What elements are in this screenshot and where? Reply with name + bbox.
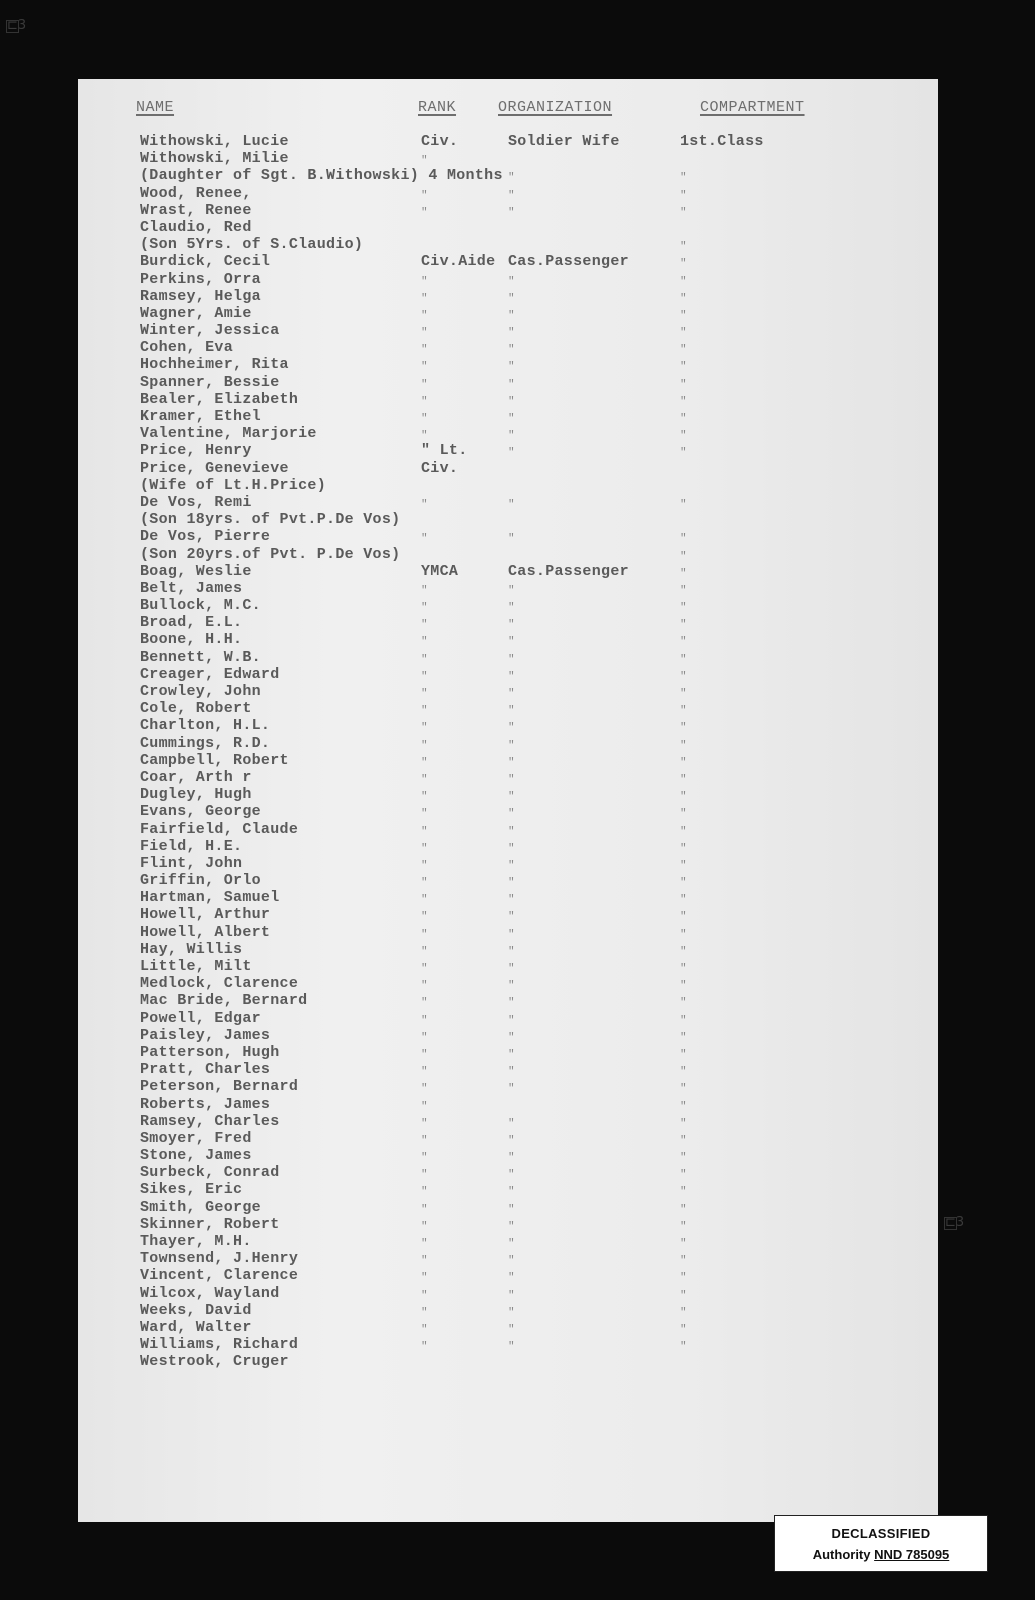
cell-name: Crowley, John bbox=[140, 683, 261, 700]
cell-name: Ramsey, Charles bbox=[140, 1113, 280, 1130]
table-row: Withowski, LucieCiv.Soldier Wife1st.Clas… bbox=[78, 133, 938, 150]
table-row: Cummings, R.D.""" bbox=[78, 735, 938, 752]
column-headers: NAME RANK ORGANIZATION COMPARTMENT bbox=[78, 99, 938, 123]
table-row: Charlton, H.L.""" bbox=[78, 717, 938, 734]
cell-name: Price, Henry bbox=[140, 442, 252, 459]
table-row: Medlock, Clarence""" bbox=[78, 975, 938, 992]
table-row: Price, Henry" Lt."" bbox=[78, 442, 938, 459]
cell-name: Valentine, Marjorie bbox=[140, 425, 317, 442]
cell-name: Williams, Richard bbox=[140, 1336, 298, 1353]
table-row: Roberts, James"" bbox=[78, 1096, 938, 1113]
cell-name: Broad, E.L. bbox=[140, 614, 242, 631]
table-row: Sikes, Eric""" bbox=[78, 1181, 938, 1198]
cell-name: Cummings, R.D. bbox=[140, 735, 270, 752]
stamp-authority-number: NND 785095 bbox=[874, 1547, 949, 1562]
table-row: Pratt, Charles""" bbox=[78, 1061, 938, 1078]
typed-manifest-page: NAME RANK ORGANIZATION COMPARTMENT Witho… bbox=[78, 79, 938, 1522]
table-row: Surbeck, Conrad""" bbox=[78, 1164, 938, 1181]
cell-name: (Son 5Yrs. of S.Claudio) bbox=[140, 236, 363, 253]
cell-name: Pratt, Charles bbox=[140, 1061, 270, 1078]
table-row: Dugley, Hugh""" bbox=[78, 786, 938, 803]
table-row: Hartman, Samuel""" bbox=[78, 889, 938, 906]
cell-name: Dugley, Hugh bbox=[140, 786, 252, 803]
table-row: Williams, Richard""" bbox=[78, 1336, 938, 1353]
cell-name: Smoyer, Fred bbox=[140, 1130, 252, 1147]
cell-name: Wood, Renee, bbox=[140, 185, 252, 202]
cell-rank: Civ. bbox=[421, 133, 458, 150]
table-row: Hay, Willis""" bbox=[78, 941, 938, 958]
cell-name: Kramer, Ethel bbox=[140, 408, 261, 425]
cell-name: Medlock, Clarence bbox=[140, 975, 298, 992]
cell-name: (Son 20yrs.of Pvt. P.De Vos) bbox=[140, 546, 400, 563]
table-row: De Vos, Remi""" bbox=[78, 494, 938, 511]
header-compartment: COMPARTMENT bbox=[700, 99, 805, 116]
table-row: Thayer, M.H.""" bbox=[78, 1233, 938, 1250]
table-row: Bennett, W.B.""" bbox=[78, 649, 938, 666]
table-row: Ramsey, Helga""" bbox=[78, 288, 938, 305]
table-row: Bealer, Elizabeth""" bbox=[78, 391, 938, 408]
table-row: Peterson, Bernard""" bbox=[78, 1078, 938, 1095]
table-row: Little, Milt""" bbox=[78, 958, 938, 975]
cell-organization: Soldier Wife bbox=[508, 133, 620, 150]
table-row: Withowski, Milie" bbox=[78, 150, 938, 167]
cell-rank: YMCA bbox=[421, 563, 458, 580]
cell-organization: Cas.Passenger bbox=[508, 563, 629, 580]
table-row: Stone, James""" bbox=[78, 1147, 938, 1164]
cell-name: Perkins, Orra bbox=[140, 271, 261, 288]
table-row: Boag, WeslieYMCACas.Passenger" bbox=[78, 563, 938, 580]
header-organization: ORGANIZATION bbox=[498, 99, 612, 116]
cell-name: Hay, Willis bbox=[140, 941, 242, 958]
cell-name: Smith, George bbox=[140, 1199, 261, 1216]
table-row: Flint, John""" bbox=[78, 855, 938, 872]
table-row: Smith, George""" bbox=[78, 1199, 938, 1216]
cell-name: Hartman, Samuel bbox=[140, 889, 280, 906]
table-row: Hochheimer, Rita""" bbox=[78, 356, 938, 373]
cell-name: Skinner, Robert bbox=[140, 1216, 280, 1233]
table-row: Broad, E.L.""" bbox=[78, 614, 938, 631]
cell-rank: Civ.Aide bbox=[421, 253, 495, 270]
cell-name: (Wife of Lt.H.Price) bbox=[140, 477, 326, 494]
cell-name: Powell, Edgar bbox=[140, 1010, 261, 1027]
table-row: Vincent, Clarence""" bbox=[78, 1267, 938, 1284]
cell-name: (Daughter of Sgt. B.Withowski) 4 Months bbox=[140, 167, 503, 184]
cell-name: Griffin, Orlo bbox=[140, 872, 261, 889]
cell-name: Fairfield, Claude bbox=[140, 821, 298, 838]
table-row: De Vos, Pierre""" bbox=[78, 528, 938, 545]
cell-name: Howell, Albert bbox=[140, 924, 270, 941]
table-row: Fairfield, Claude""" bbox=[78, 821, 938, 838]
cell-name: Evans, George bbox=[140, 803, 261, 820]
table-row: Crowley, John""" bbox=[78, 683, 938, 700]
table-row: Belt, James""" bbox=[78, 580, 938, 597]
cell-name: Coar, Arth r bbox=[140, 769, 252, 786]
cell-name: Burdick, Cecil bbox=[140, 253, 270, 270]
table-row: Westrook, Cruger bbox=[78, 1353, 938, 1370]
cell-name: Paisley, James bbox=[140, 1027, 270, 1044]
cell-name: Roberts, James bbox=[140, 1096, 270, 1113]
table-row: Field, H.E.""" bbox=[78, 838, 938, 855]
table-row: Mac Bride, Bernard""" bbox=[78, 992, 938, 1009]
cell-name: Ward, Walter bbox=[140, 1319, 252, 1336]
cell-name: Wilcox, Wayland bbox=[140, 1285, 280, 1302]
cell-name: Vincent, Clarence bbox=[140, 1267, 298, 1284]
cell-name: Patterson, Hugh bbox=[140, 1044, 280, 1061]
table-row: Patterson, Hugh""" bbox=[78, 1044, 938, 1061]
cell-name: Mac Bride, Bernard bbox=[140, 992, 307, 1009]
cell-name: Spanner, Bessie bbox=[140, 374, 280, 391]
cell-name: Westrook, Cruger bbox=[140, 1353, 289, 1370]
cell-name: Sikes, Eric bbox=[140, 1181, 242, 1198]
table-row: Smoyer, Fred""" bbox=[78, 1130, 938, 1147]
table-row: Price, GenevieveCiv. bbox=[78, 460, 938, 477]
cell-name: De Vos, Pierre bbox=[140, 528, 270, 545]
passenger-list: Withowski, LucieCiv.Soldier Wife1st.Clas… bbox=[78, 133, 938, 1371]
table-row: Campbell, Robert""" bbox=[78, 752, 938, 769]
cell-name: Cohen, Eva bbox=[140, 339, 233, 356]
cell-name: Howell, Arthur bbox=[140, 906, 270, 923]
cell-name: Flint, John bbox=[140, 855, 242, 872]
table-row: Wagner, Amie""" bbox=[78, 305, 938, 322]
table-row: Spanner, Bessie""" bbox=[78, 374, 938, 391]
cell-name: Withowski, Milie bbox=[140, 150, 289, 167]
table-row: Howell, Arthur""" bbox=[78, 906, 938, 923]
cell-rank: Civ. bbox=[421, 460, 458, 477]
table-row: Ramsey, Charles""" bbox=[78, 1113, 938, 1130]
cell-rank: " Lt. bbox=[421, 442, 468, 459]
cell-organization: Cas.Passenger bbox=[508, 253, 629, 270]
cell-name: Charlton, H.L. bbox=[140, 717, 270, 734]
table-row: Howell, Albert""" bbox=[78, 924, 938, 941]
frame-corner-mark: ⊏3 bbox=[6, 20, 19, 33]
stamp-authority-label: Authority bbox=[813, 1547, 871, 1562]
table-row: Weeks, David""" bbox=[78, 1302, 938, 1319]
table-row: Wood, Renee,""" bbox=[78, 185, 938, 202]
table-row: Wilcox, Wayland""" bbox=[78, 1285, 938, 1302]
table-row: Paisley, James""" bbox=[78, 1027, 938, 1044]
cell-name: Ramsey, Helga bbox=[140, 288, 261, 305]
cell-name: Surbeck, Conrad bbox=[140, 1164, 280, 1181]
table-row: Townsend, J.Henry""" bbox=[78, 1250, 938, 1267]
table-row: Cohen, Eva""" bbox=[78, 339, 938, 356]
cell-name: Price, Genevieve bbox=[140, 460, 289, 477]
cell-compartment: 1st.Class bbox=[680, 133, 764, 150]
table-row: (Son 20yrs.of Pvt. P.De Vos)" bbox=[78, 546, 938, 563]
cell-name: Cole, Robert bbox=[140, 700, 252, 717]
stamp-authority: Authority NND 785095 bbox=[775, 1547, 987, 1562]
table-row: (Wife of Lt.H.Price) bbox=[78, 477, 938, 494]
table-row: (Son 5Yrs. of S.Claudio)" bbox=[78, 236, 938, 253]
cell-name: Withowski, Lucie bbox=[140, 133, 289, 150]
table-row: Wrast, Renee""" bbox=[78, 202, 938, 219]
cell-name: Claudio, Red bbox=[140, 219, 252, 236]
table-row: Griffin, Orlo""" bbox=[78, 872, 938, 889]
cell-name: Winter, Jessica bbox=[140, 322, 280, 339]
table-row: Valentine, Marjorie""" bbox=[78, 425, 938, 442]
stamp-title: DECLASSIFIED bbox=[775, 1526, 987, 1541]
cell-name: Thayer, M.H. bbox=[140, 1233, 252, 1250]
cell-name: Little, Milt bbox=[140, 958, 252, 975]
table-row: Evans, George""" bbox=[78, 803, 938, 820]
cell-name: (Son 18yrs. of Pvt.P.De Vos) bbox=[140, 511, 400, 528]
table-row: Burdick, CecilCiv.AideCas.Passenger" bbox=[78, 253, 938, 270]
cell-name: Bullock, M.C. bbox=[140, 597, 261, 614]
cell-name: Bealer, Elizabeth bbox=[140, 391, 298, 408]
table-row: Kramer, Ethel""" bbox=[78, 408, 938, 425]
cell-name: Bennett, W.B. bbox=[140, 649, 261, 666]
cell-name: Field, H.E. bbox=[140, 838, 242, 855]
cell-name: De Vos, Remi bbox=[140, 494, 252, 511]
cell-name: Belt, James bbox=[140, 580, 242, 597]
cell-name: Hochheimer, Rita bbox=[140, 356, 289, 373]
cell-name: Wagner, Amie bbox=[140, 305, 252, 322]
cell-name: Stone, James bbox=[140, 1147, 252, 1164]
cell-name: Townsend, J.Henry bbox=[140, 1250, 298, 1267]
table-row: Winter, Jessica""" bbox=[78, 322, 938, 339]
table-row: Bullock, M.C.""" bbox=[78, 597, 938, 614]
cell-name: Campbell, Robert bbox=[140, 752, 289, 769]
cell-name: Weeks, David bbox=[140, 1302, 252, 1319]
cell-name: Peterson, Bernard bbox=[140, 1078, 298, 1095]
table-row: Coar, Arth r""" bbox=[78, 769, 938, 786]
cell-name: Boone, H.H. bbox=[140, 631, 242, 648]
cell-name: Wrast, Renee bbox=[140, 202, 252, 219]
table-row: Powell, Edgar""" bbox=[78, 1010, 938, 1027]
table-row: Perkins, Orra""" bbox=[78, 271, 938, 288]
cell-name: Boag, Weslie bbox=[140, 563, 252, 580]
table-row: Creager, Edward""" bbox=[78, 666, 938, 683]
table-row: (Daughter of Sgt. B.Withowski) 4 Months"… bbox=[78, 167, 938, 184]
frame-side-mark: ⊏3 bbox=[944, 1217, 957, 1230]
table-row: Boone, H.H.""" bbox=[78, 631, 938, 648]
table-row: Skinner, Robert""" bbox=[78, 1216, 938, 1233]
table-row: Cole, Robert""" bbox=[78, 700, 938, 717]
table-row: Claudio, Red bbox=[78, 219, 938, 236]
table-row: Ward, Walter""" bbox=[78, 1319, 938, 1336]
header-name: NAME bbox=[136, 99, 174, 116]
cell-name: Creager, Edward bbox=[140, 666, 280, 683]
declassified-stamp: DECLASSIFIED Authority NND 785095 bbox=[774, 1515, 988, 1572]
header-rank: RANK bbox=[418, 99, 456, 116]
table-row: (Son 18yrs. of Pvt.P.De Vos) bbox=[78, 511, 938, 528]
